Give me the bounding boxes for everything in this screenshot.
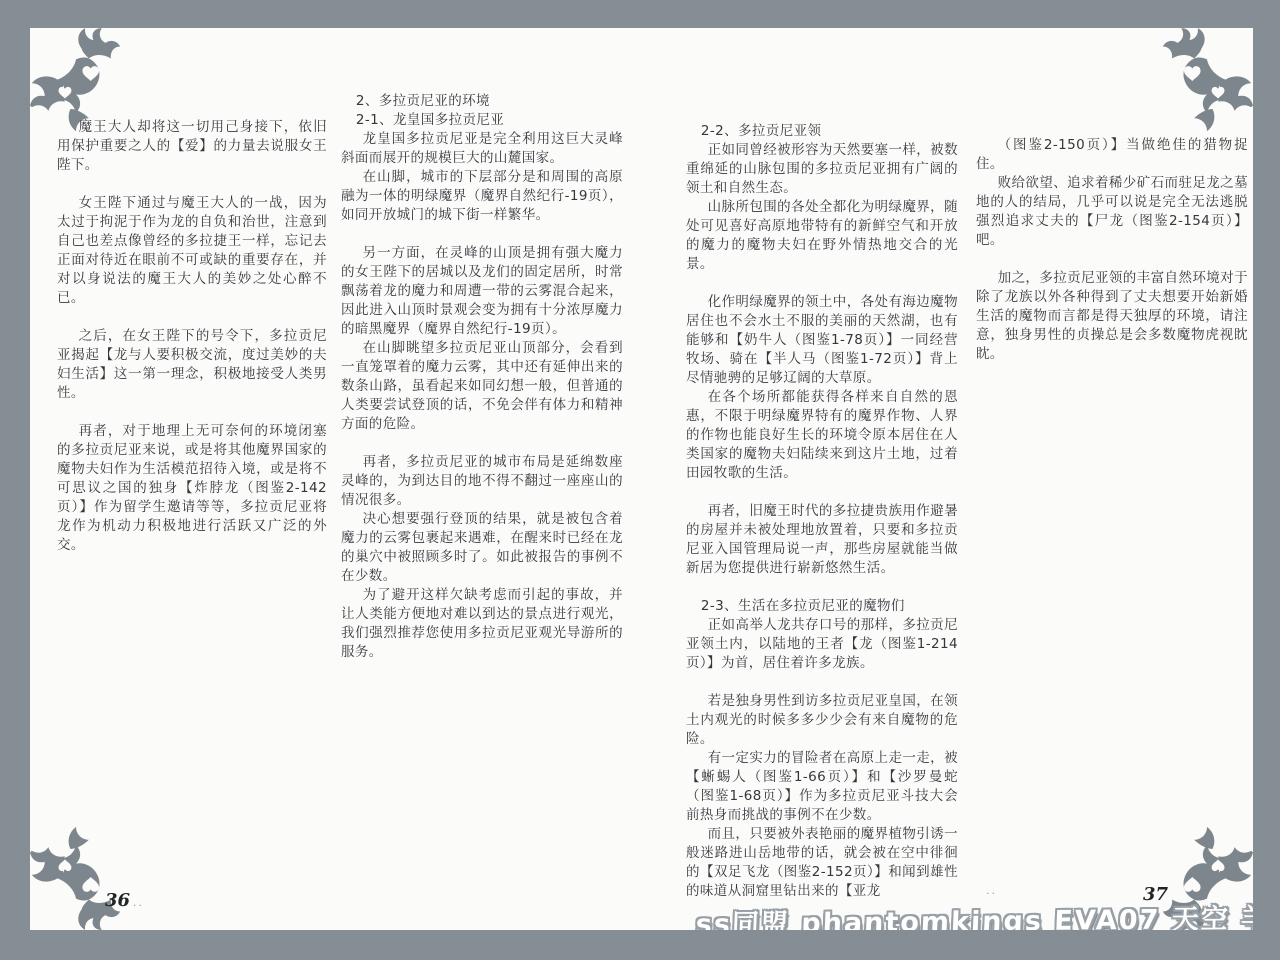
book-spread-page: 魔王大人却将这一切用己身接下，依旧用保护重要之人的【爱】的力量去说服女王陛下。女… xyxy=(30,28,1253,930)
paragraph-gap xyxy=(686,483,958,502)
section-heading: 2-3、生活在多拉贡尼亚的魔物们 xyxy=(686,597,958,616)
paragraph: 为了避开这样欠缺考虑而引起的事故，并让人类能方便地对难以到达的景点进行观光，我们… xyxy=(341,586,623,662)
text-column-right-inner: 2-2、多拉贡尼亚领正如同曾经被形容为天然要塞一样，被数重绵延的山脉包围的多拉贡… xyxy=(686,122,958,901)
paragraph: 决心想要强行登顶的结果，就是被包含着魔力的云雾包裹起来遇难，在醒来时已经在龙的巢… xyxy=(341,510,623,586)
translation-group-watermark: ss同盟 phantomkings EVA07 天空 羊驼汉化 xyxy=(695,897,1177,930)
paragraph-gap xyxy=(686,673,958,692)
corner-ornament-icon xyxy=(1161,28,1253,134)
paragraph: 而且，只要被外表艳丽的魔界植物引诱一般迷路进山岳地带的话，就会被在空中徘徊的【双… xyxy=(686,825,958,901)
paragraph-gap xyxy=(57,308,327,327)
stray-scan-mark: .. xyxy=(133,896,144,909)
paragraph: 化作明绿魔界的领土中，各处有海边魔物居住也不会水土不服的美丽的天然湖，也有能够和… xyxy=(686,293,958,388)
paragraph-gap xyxy=(686,578,958,597)
stray-scan-mark: .. xyxy=(986,884,997,897)
text-column-left-inner: 2、多拉贡尼亚的环境2-1、龙皇国多拉贡尼亚龙皇国多拉贡尼亚是完全利用这巨大灵峰… xyxy=(341,92,623,662)
paragraph-gap xyxy=(57,403,327,422)
text-column-left-outer: 魔王大人却将这一切用己身接下，依旧用保护重要之人的【爱】的力量去说服女王陛下。女… xyxy=(57,118,327,555)
paragraph-gap xyxy=(976,250,1248,269)
paragraph: 正如同曾经被形容为天然要塞一样，被数重绵延的山脉包围的多拉贡尼亚拥有广阔的领土和… xyxy=(686,141,958,198)
page-number-left: 36 xyxy=(105,890,130,911)
paragraph: 魔王大人却将这一切用己身接下，依旧用保护重要之人的【爱】的力量去说服女王陛下。 xyxy=(57,118,327,175)
paragraph: 再者，多拉贡尼亚的城市布局是延绵数座灵峰的，为到达目的地不得不翻过一座座山的情况… xyxy=(341,453,623,510)
paragraph: 加之，多拉贡尼亚领的丰富自然环境对于除了龙族以外各种得到了丈夫想要开始新婚生活的… xyxy=(976,269,1248,364)
paragraph: 再者，旧魔王时代的多拉捷贵族用作避暑的房屋并未被处理地放置着，只要和多拉贡尼亚入… xyxy=(686,502,958,578)
text-column-right-outer: （图鉴2-150页）】当做绝佳的猎物捉住。败给欲望、追求着稀少矿石而驻足龙之墓地… xyxy=(976,136,1248,364)
corner-ornament-icon xyxy=(30,824,122,930)
paragraph-gap xyxy=(341,225,623,244)
paragraph: 再者，对于地理上无可奈何的环境闭塞的多拉贡尼亚来说，或是将其他魔界国家的魔物夫妇… xyxy=(57,422,327,555)
paragraph: 之后，在女王陛下的号令下，多拉贡尼亚揭起【龙与人要积极交流，度过美妙的夫妇生活】… xyxy=(57,327,327,403)
paragraph-gap xyxy=(341,434,623,453)
paragraph: 正如高举人龙共存口号的那样，多拉贡尼亚领土内，以陆地的王者【龙（图鉴1-214页… xyxy=(686,616,958,673)
paragraph: 败给欲望、追求着稀少矿石而驻足龙之墓地的人的结局，几乎可以说是完全无法逃脱强烈追… xyxy=(976,174,1248,250)
paragraph: （图鉴2-150页）】当做绝佳的猎物捉住。 xyxy=(976,136,1248,174)
paragraph: 女王陛下通过与魔王大人的一战，因为太过于拘泥于作为龙的自负和治世，注意到自己也差… xyxy=(57,194,327,308)
paragraph-gap xyxy=(686,274,958,293)
paragraph: 另一方面，在灵峰的山顶是拥有强大魔力的女王陛下的居城以及龙们的固定居所，时常飘荡… xyxy=(341,244,623,339)
paragraph: 在山脚眺望多拉贡尼亚山顶部分，会看到一直笼罩着的魔力云雾，其中还有延伸出来的数条… xyxy=(341,339,623,434)
paragraph: 在各个场所都能获得各样来自自然的恩惠，不限于明绿魔界特有的魔界作物、人界的作物也… xyxy=(686,388,958,483)
section-heading: 2-1、龙皇国多拉贡尼亚 xyxy=(341,111,623,130)
paragraph-gap xyxy=(57,175,327,194)
paragraph: 若是独身男性到访多拉贡尼亚皇国，在领土内观光的时候多多少少会有来自魔物的危险。 xyxy=(686,692,958,749)
paragraph: 在山脚，城市的下层部分是和周围的高原融为一体的明绿魔界（魔界自然纪行-19页），… xyxy=(341,168,623,225)
paragraph: 龙皇国多拉贡尼亚是完全利用这巨大灵峰斜面而展开的规模巨大的山麓国家。 xyxy=(341,130,623,168)
section-heading: 2、多拉贡尼亚的环境 xyxy=(341,92,623,111)
paragraph: 有一定实力的冒险者在高原上走一走，被【蜥蜴人（图鉴1-66页）】和【沙罗曼蛇（图… xyxy=(686,749,958,825)
section-heading: 2-2、多拉贡尼亚领 xyxy=(686,122,958,141)
paragraph: 山脉所包围的各处全都化为明绿魔界，随处可见喜好高原地带特有的新鲜空气和开放的魔力… xyxy=(686,198,958,274)
